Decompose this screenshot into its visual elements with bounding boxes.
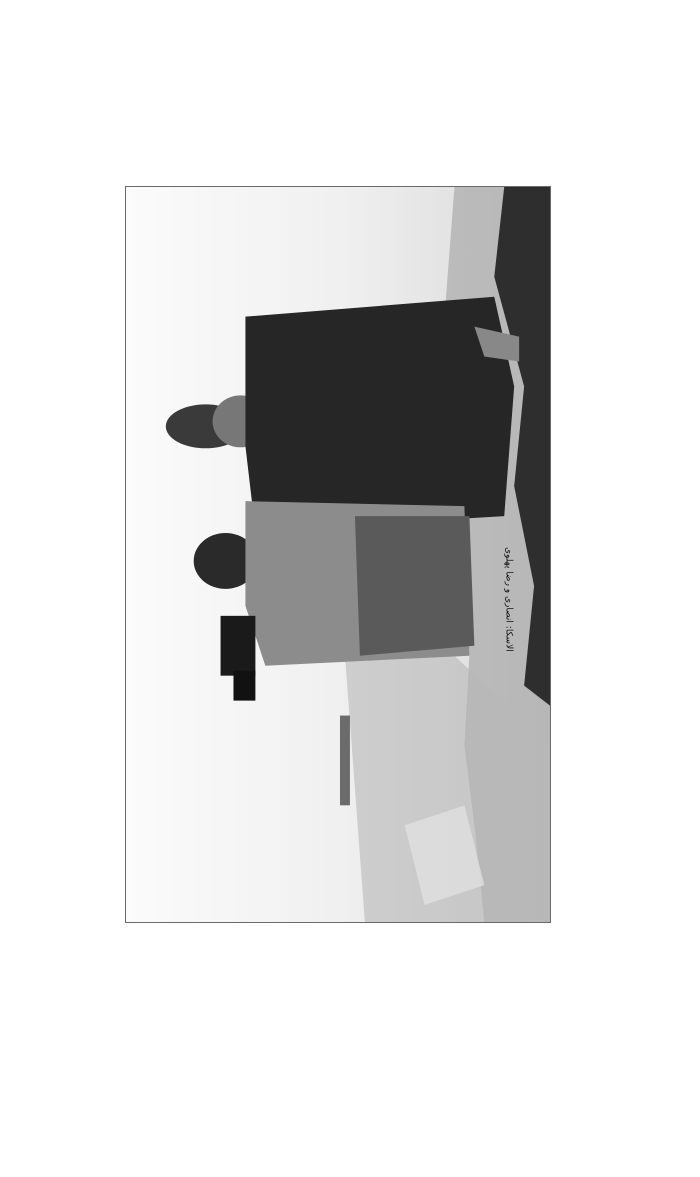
photo-caption: الاسکا: انصاری و رضا پهلوی bbox=[504, 547, 514, 652]
photo-illustration bbox=[126, 187, 550, 922]
photograph bbox=[125, 186, 551, 923]
